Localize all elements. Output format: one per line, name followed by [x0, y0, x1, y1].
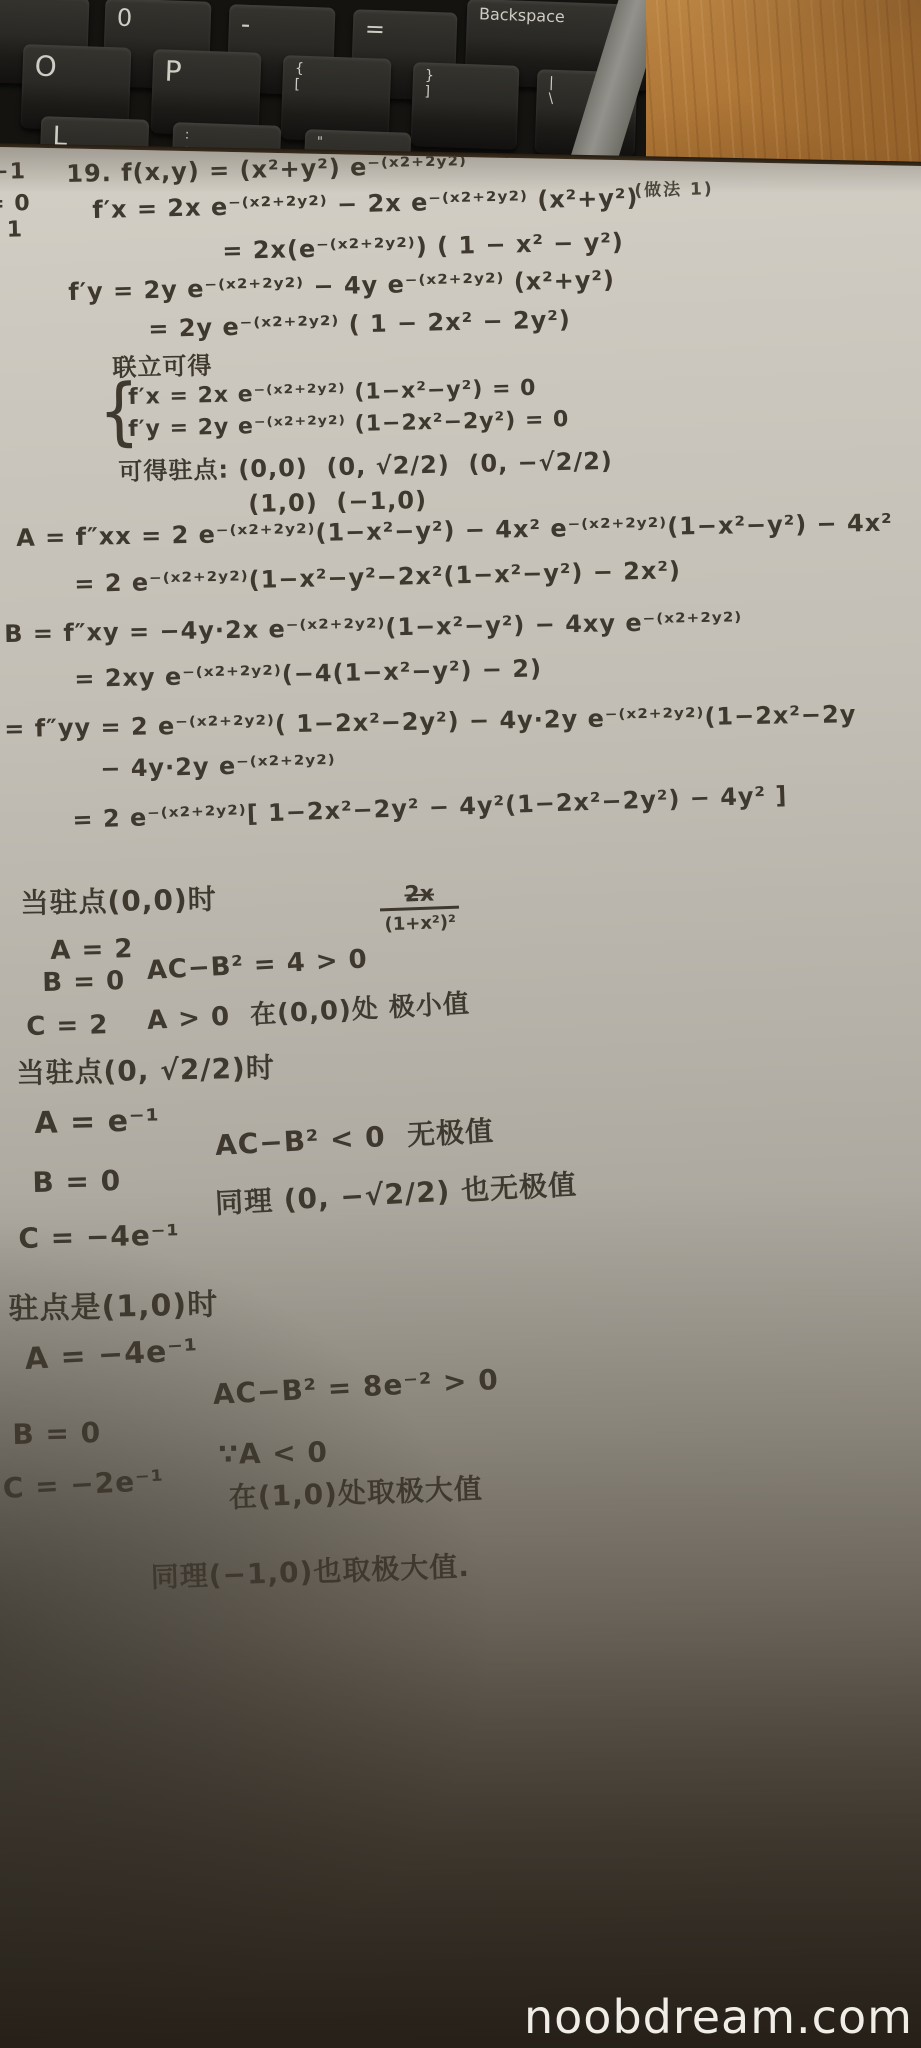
handwritten-line: B = f″xy = −4y·2x e⁻⁽ˣ²⁺²ʸ²⁾(1−x²−y²) − … [4, 607, 742, 648]
handwritten-line: C = −4e⁻¹ [18, 1218, 180, 1255]
handwritten-line: = 2 e⁻⁽ˣ²⁺²ʸ²⁾[ 1−2x²−2y² − 4y²(1−2x²−2y… [72, 781, 788, 834]
handwriting-layer: (做法 1) { 2x (1+x²)² −1= 0: 119. f(x,y) =… [0, 0, 921, 2048]
watermark: noobdream.com [524, 1990, 913, 2044]
handwritten-line: = 2 e⁻⁽ˣ²⁺²ʸ²⁾(1−x²−y²−2x²(1−x²−y²) − 2x… [74, 556, 681, 598]
handwritten-line: = 2x(e⁻⁽ˣ²⁺²ʸ²⁾) ( 1 − x² − y²) [222, 228, 624, 265]
fraction-numerator: 2x [379, 881, 459, 909]
handwritten-line: 驻点是(1,0)时 [8, 1279, 219, 1328]
handwritten-line: f′x = 2x e⁻⁽ˣ²⁺²ʸ²⁾ − 2x e⁻⁽ˣ²⁺²ʸ²⁾ (x²+… [92, 184, 639, 224]
handwritten-line: : 1 [0, 217, 23, 243]
key-bracket-right: } ] [411, 62, 520, 150]
handwritten-line: f′y = 2y e⁻⁽ˣ²⁺²ʸ²⁾ (1−2x²−2y²) = 0 [128, 407, 570, 442]
handwritten-line: AC−B² < 0 无极值 [214, 1109, 495, 1164]
handwritten-line: = 0 [0, 191, 31, 217]
handwritten-line: B = 0 [32, 1164, 122, 1199]
handwritten-line: B = 0 [12, 1416, 102, 1451]
handwritten-line: 当驻点(0,0)时 [20, 878, 217, 922]
handwritten-line: 19. f(x,y) = (x²+y²) e⁻⁽ˣ²⁺²ʸ²⁾ [66, 151, 467, 188]
handwritten-line: AC−B² = 8e⁻² > 0 [212, 1363, 500, 1411]
handwritten-line: A = 2 [50, 934, 134, 966]
handwritten-line: A = f″xx = 2 e⁻⁽ˣ²⁺²ʸ²⁾(1−x²−y²) − 4x² e… [16, 509, 893, 552]
handwritten-line: 在(1,0)处取极大值 [228, 1467, 483, 1516]
handwritten-line: A > 0 在(0,0)处 极小值 [146, 983, 471, 1037]
handwritten-line: 当驻点(0, √2/2)时 [16, 1046, 275, 1092]
handwritten-line: = 2xy e⁻⁽ˣ²⁺²ʸ²⁾(−4(1−x²−y²) − 2) [74, 654, 542, 693]
handwritten-line: AC−B² = 4 > 0 [146, 944, 368, 986]
handwritten-line: = 2y e⁻⁽ˣ²⁺²ʸ²⁾ ( 1 − 2x² − 2y²) [148, 305, 571, 343]
photo-of-homework: 0-=BackspaceOP{ [} ]| \L: ;" ' (做法 1) { … [0, 0, 921, 2048]
handwritten-line: 同理 (0, −√2/2) 也无极值 [214, 1163, 578, 1222]
wooden-desk [646, 0, 921, 175]
handwritten-line: 同理(−1,0)也取极大值. [150, 1545, 470, 1596]
handwritten-line: f′y = 2y e⁻⁽ˣ²⁺²ʸ²⁾ − 4y e⁻⁽ˣ²⁺²ʸ²⁾ (x²+… [68, 266, 615, 306]
handwritten-line: = f″yy = 2 e⁻⁽ˣ²⁺²ʸ²⁾( 1−2x²−2y²) − 4y·2… [4, 700, 857, 743]
handwritten-line: 可得驻点: (0,0) (0, √2/2) (0, −√2/2) [118, 441, 613, 487]
handwritten-line: A = −4e⁻¹ [24, 1333, 199, 1377]
handwritten-line: −1 [0, 159, 26, 185]
notebook-paper: (做法 1) { 2x (1+x²)² −1= 0: 119. f(x,y) =… [0, 0, 921, 2048]
handwritten-line: A = e⁻¹ [34, 1103, 160, 1141]
handwritten-line: − 4y·2y e⁻⁽ˣ²⁺²ʸ²⁾ [100, 750, 336, 783]
handwritten-line: ∵A < 0 [218, 1436, 328, 1471]
handwritten-line: (1,0) (−1,0) [248, 486, 427, 518]
fraction-denominator: (1+x²)² [380, 906, 460, 936]
handwritten-line: 联立可得 [112, 346, 213, 383]
handwritten-line: C = −2e⁻¹ [2, 1464, 165, 1505]
method-annotation: (做法 1) [634, 174, 714, 201]
handwritten-line: C = 2 [26, 1010, 109, 1042]
crossed-out-fraction: 2x (1+x²)² [379, 881, 460, 936]
handwritten-line: B = 0 [42, 966, 125, 998]
